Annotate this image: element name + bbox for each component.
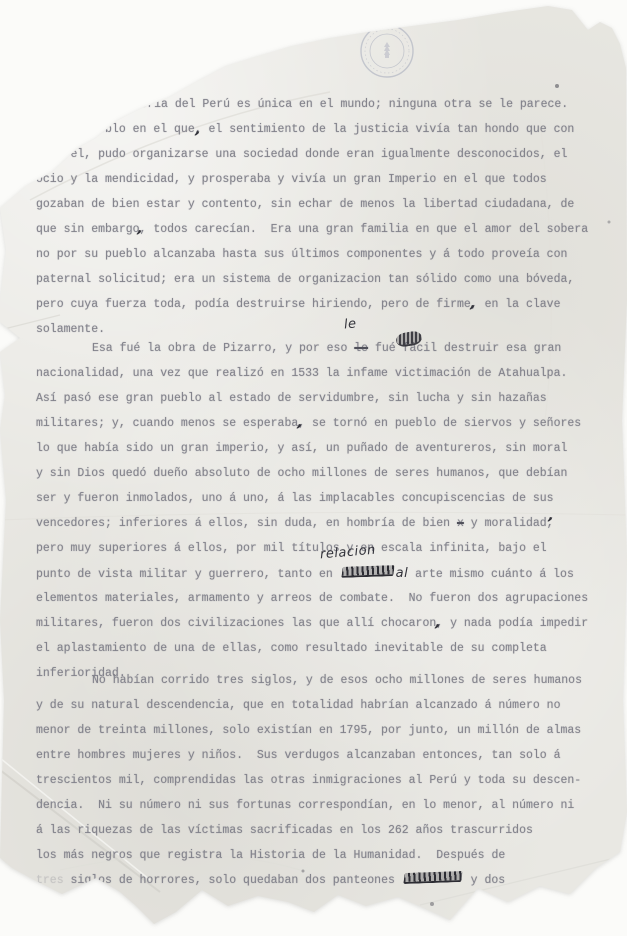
salutation: Señores: xyxy=(76,66,131,79)
scribbled-out-word xyxy=(403,871,463,884)
typed-line: trescientos mil, comprendidas las otras … xyxy=(36,768,616,793)
typed-text: nacionalidad, una vez que realizó en 153… xyxy=(36,367,567,380)
typed-text: y moralidad, xyxy=(464,517,554,530)
handwritten-insertion: al xyxy=(396,566,409,581)
typed-text: No habían corrido tres siglos, y de esos… xyxy=(92,674,582,687)
typed-line: no por su pueblo alcanzaba hasta sus últ… xyxy=(36,242,616,267)
typed-text: solamente. xyxy=(36,323,105,336)
typed-text: trescientos mil, comprendidas las otras … xyxy=(36,774,581,787)
typed-text: ocio y la mendicidad, y prosperaba y viv… xyxy=(36,173,547,186)
typed-text: elementos materiales, armamento y arreos… xyxy=(36,592,588,605)
typed-line: dencia. Ni su número ni sus fortunas cor… xyxy=(36,793,616,818)
scanned-page: Señores: La historia del Perú es única e… xyxy=(0,0,627,936)
typed-text: x xyxy=(457,517,464,530)
typed-line: los más negros que registra la Historia … xyxy=(36,843,616,868)
paragraph: No habían corrido tres siglos, y de esos… xyxy=(36,668,616,893)
typed-text: á las riquezas de las víctimas sacrifica… xyxy=(36,824,533,837)
typed-line: el aplastamiento de una de ellas, como r… xyxy=(36,636,616,661)
typed-text: lo que había sido un gran imperio, y así… xyxy=(36,442,567,455)
handwritten-correction: le xyxy=(343,316,357,332)
typed-line: Fue un pueblo en el que, el sentimiento … xyxy=(36,117,616,142)
typed-line: Así pasó ese gran pueblo al estado de se… xyxy=(36,386,616,411)
paragraph: Esa fué la obra de Pizarro, y por eso le… xyxy=(36,336,616,686)
typed-text: Fue un pueblo en el que, el sentimiento … xyxy=(36,123,574,136)
typed-line: vencedores; inferiores á ellos, sin duda… xyxy=(36,511,616,536)
typed-line: nacionalidad, una vez que realizó en 153… xyxy=(36,361,616,386)
typed-text: Esa fué la obra de Pizarro, y por eso xyxy=(92,342,354,355)
typed-line: ser y fueron inmolados, uno á uno, á las… xyxy=(36,486,616,511)
typed-text: no por su pueblo alcanzaba hasta sus últ… xyxy=(36,248,567,261)
typed-text: arte mismo cuánto á los xyxy=(408,568,574,581)
typed-line: tres siglos de horrores, solo quedaban d… xyxy=(36,868,616,893)
typed-text: los más negros que registra la Historia … xyxy=(36,849,505,862)
typed-text: punto de vista militar y guerrero, tanto… xyxy=(36,568,340,581)
typed-text: y dos xyxy=(464,874,505,887)
typed-text: que sin embargo, todos carecían. Era una… xyxy=(36,223,588,236)
typed-text: Así pasó ese gran pueblo al estado de se… xyxy=(36,392,547,405)
typed-line: y sin Dios quedó dueño absoluto de ocho … xyxy=(36,461,616,486)
typed-line: á las riquezas de las víctimas sacrifica… xyxy=(36,818,616,843)
scribbled-out-word xyxy=(341,565,395,578)
typed-text: y sin Dios quedó dueño absoluto de ocho … xyxy=(36,467,567,480)
typed-text: La historia del Perú es única en el mund… xyxy=(92,98,568,111)
typed-text: dencia. Ni su número ni sus fortunas cor… xyxy=(36,799,574,812)
typed-text: militares; y, cuando menos se esperaba, … xyxy=(36,417,581,430)
typed-line: entre hombres mujeres y niños. Sus verdu… xyxy=(36,743,616,768)
paragraph: La historia del Perú es única en el mund… xyxy=(36,92,616,342)
typed-line: paternal solicitud; era un sistema de or… xyxy=(36,267,616,292)
typed-text: tres xyxy=(36,874,71,887)
typed-text-layer: Señores: La historia del Perú es única e… xyxy=(0,0,627,936)
typed-line: lo que había sido un gran imperio, y así… xyxy=(36,436,616,461)
typed-line: militares, fueron dos civilizaciones las… xyxy=(36,611,616,636)
typed-text: gozaban de bien estar y contento, sin ec… xyxy=(36,198,574,211)
typed-line: elementos materiales, armamento y arreos… xyxy=(36,586,616,611)
typed-text: le xyxy=(354,342,368,355)
typed-text: solo él, pudo organizarse una sociedad d… xyxy=(36,148,567,161)
typed-text: siglos de horrores, solo quedaban dos pa… xyxy=(71,874,402,887)
typed-text: entre hombres mujeres y niños. Sus verdu… xyxy=(36,749,561,762)
typed-text: pero cuya fuerza toda, podía destruirse … xyxy=(36,298,561,311)
paper-sheet: Señores: La historia del Perú es única e… xyxy=(0,0,627,936)
typed-line: ocio y la mendicidad, y prosperaba y viv… xyxy=(36,167,616,192)
typed-line: solo él, pudo organizarse una sociedad d… xyxy=(36,142,616,167)
typed-text: menor de treinta millones, solo existían… xyxy=(36,724,581,737)
typed-line: que sin embargo, todos carecían. Era una… xyxy=(36,217,616,242)
typed-line: militares; y, cuando menos se esperaba, … xyxy=(36,411,616,436)
typed-line: La historia del Perú es única en el mund… xyxy=(36,92,616,117)
typed-line: No habían corrido tres siglos, y de esos… xyxy=(36,668,616,693)
typed-text: paternal solicitud; era un sistema de or… xyxy=(36,273,574,286)
typed-text: ser y fueron inmolados, uno á uno, á las… xyxy=(36,492,554,505)
typed-text: vencedores; inferiores á ellos, sin duda… xyxy=(36,517,457,530)
typed-line: gozaban de bien estar y contento, sin ec… xyxy=(36,192,616,217)
typed-text: y de su natural descendencia, que en tot… xyxy=(36,699,561,712)
typed-line: menor de treinta millones, solo existían… xyxy=(36,718,616,743)
typed-text: pero muy superiores á ellos, por mil tít… xyxy=(36,542,547,555)
typed-line: punto de vista militar y guerrero, tanto… xyxy=(36,561,616,586)
typed-line: y de su natural descendencia, que en tot… xyxy=(36,693,616,718)
typed-text: el aplastamiento de una de ellas, como r… xyxy=(36,642,547,655)
typed-text: militares, fueron dos civilizaciones las… xyxy=(36,617,588,630)
typed-line: Esa fué la obra de Pizarro, y por eso le… xyxy=(36,336,616,361)
typed-line: pero cuya fuerza toda, podía destruirse … xyxy=(36,292,616,317)
